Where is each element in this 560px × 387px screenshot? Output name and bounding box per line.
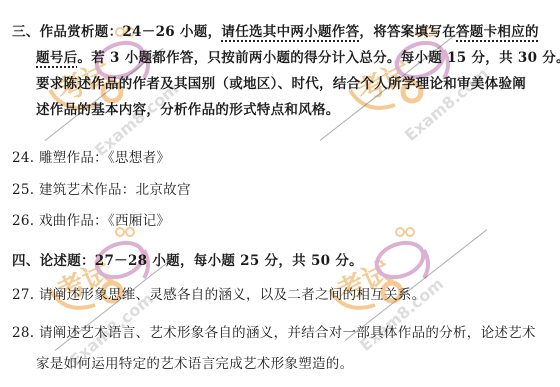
question-text: 请阐述形象思维、灵感各自的涵义，以及二者之间的相互关系。 xyxy=(39,287,425,303)
question-text: 戏曲作品：《西厢记》 xyxy=(39,213,170,229)
question-text: 建筑艺术作品：北京故宫 xyxy=(39,182,191,198)
question-27: 27. 请阐述形象思维、灵感各自的涵义，以及二者之间的相互关系。 xyxy=(12,283,425,303)
question-text: 雕塑作品：《思想者》 xyxy=(39,150,170,166)
section3-line1: 三、作品赏析题：24－26 小题，请任选其中两小题作答，将答案填写在答题卡相应的 xyxy=(12,20,539,40)
question-number: 27. xyxy=(12,287,34,303)
section3-heading: 三、作品赏析题： xyxy=(12,24,122,40)
section3-line4: 述作品的基本内容，分析作品的形式特点和风格。 xyxy=(36,98,340,118)
emphasis-text: 题号后 xyxy=(36,50,77,66)
exam8-logo-icon: 考试 xyxy=(40,220,180,320)
question-25: 25. 建筑艺术作品：北京故宫 xyxy=(12,178,191,198)
question-28: 28. 请阐述艺术语言、艺术形象各自的涵义，并结合对一部具体作品的分析，论述艺术 xyxy=(12,321,536,341)
question-28-continuation: 家是如何运用特定的艺术语言完成艺术形象塑造的。 xyxy=(36,352,353,372)
question-number: 24. xyxy=(12,150,34,166)
question-number: 25. xyxy=(12,182,34,198)
question-number: 26. xyxy=(12,213,34,229)
question-26: 26. 戏曲作品：《西厢记》 xyxy=(12,209,170,229)
section4-heading: 四、论述题：27－28 小题，每小题 25 分，共 50 分。 xyxy=(12,249,363,269)
question-number: 28. xyxy=(12,325,34,341)
watermark-logo-3: 考试 xyxy=(40,220,180,320)
question-text: 请阐述艺术语言、艺术形象各自的涵义，并结合对一部具体作品的分析，论述艺术 xyxy=(39,325,536,341)
question-24: 24. 雕塑作品：《思想者》 xyxy=(12,146,170,166)
emphasis-text: 答题卡相应的 xyxy=(456,24,539,40)
section3-line3: 要求陈述作品的作者及其国别（或地区）、时代，结合个人所学理论和审美体验阐 xyxy=(36,72,526,92)
section3-line2: 题号后。若 3 小题都作答，只按前两小题的得分计入总分。每小题 15 分，共 3… xyxy=(36,46,560,66)
emphasis-text: 请任选其中两小题作答 xyxy=(221,24,359,40)
